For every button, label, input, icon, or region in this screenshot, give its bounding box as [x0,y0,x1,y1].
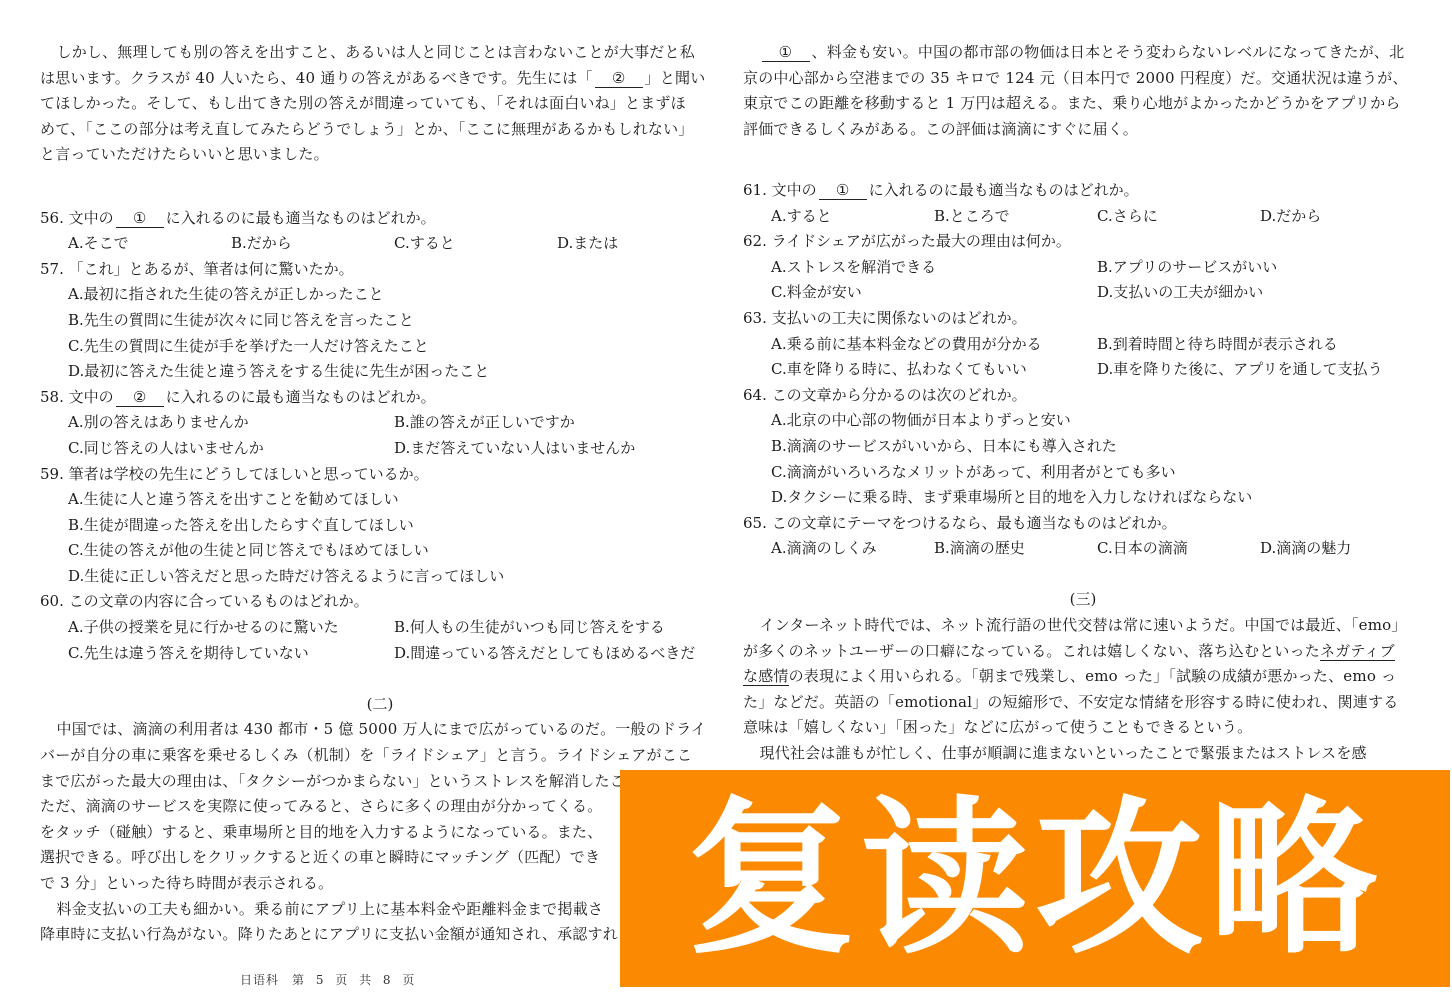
left-page: しかし、無理しても別の答えを出すこと、あるいは人と同じことは言わないことが大事だ… [40,40,720,948]
question-stem: 63. 支払いの工夫に関係ないのはどれか。 [743,306,1423,332]
section-2-paragraph-1: 中国では、滴滴の利用者は 430 都市・5 億 5000 万人にまで広がっている… [40,717,720,896]
question-63: 63. 支払いの工夫に関係ないのはどれか。 A.乗る前に基本料金などの費用が分か… [743,306,1423,383]
option-c[interactable]: C.さらに [1097,204,1260,230]
options-row: B.生徒が間違った答えを出したらすぐ直してほしい [40,513,720,539]
stem-pre: 58. 文中の [40,388,114,406]
text-line: めて、「ここの部分は考え直してみたらどうでしょう」とか、「ここに無理があるかもし… [40,117,720,143]
text-line: で 3 分」といった待ち時間が表示される。 [40,871,720,897]
option-c[interactable]: C.同じ答えの人はいませんか [68,436,394,462]
section-title-2: (二) [40,692,720,718]
question-61: 61. 文中の①に入れるのに最も適当なものはどれか。 A.すると B.ところで … [743,178,1423,229]
text-line: は思います。クラスが 40 人いたら、40 通りの答えがあるべきです。先生には「… [40,66,720,92]
options-row: A.滴滴のしくみ B.滴滴の歴史 C.日本の滴滴 D.滴滴の魅力 [743,536,1423,562]
text-line: 降車時に支払い行為がない。降りたあとにアプリに支払い金額が通知され、承認すれ [40,922,720,948]
question-stem: 61. 文中の①に入れるのに最も適当なものはどれか。 [743,178,1423,204]
options-row: C.生徒の答えが他の生徒と同じ答えでもほめてほしい [40,538,720,564]
stem-post: に入れるのに最も適当なものはどれか。 [166,209,436,227]
options-row: A.ストレスを解消できる B.アプリのサービスがいい [743,255,1423,281]
options-row: C.先生は違う答えを期待していない D.間違っている答えだとしてもほめるべきだ [40,641,720,667]
blank-2: ② [595,69,643,88]
options-row: A.すると B.ところで C.さらに D.だから [743,204,1423,230]
question-stem: 62. ライドシェアが広がった最大の理由は何か。 [743,229,1423,255]
blank-2: ② [116,388,164,407]
watermark-text: 复读攻略 [687,795,1383,963]
option-d[interactable]: D.支払いの工夫が細かい [1097,280,1423,306]
text-line: 料金支払いの工夫も細かい。乗る前にアプリ上に基本料金や距離料金まで掲載さ [40,897,720,923]
blank-1: ① [116,209,164,228]
option-b[interactable]: B.ところで [934,204,1097,230]
options-row: C.料金が安い D.支払いの工夫が細かい [743,280,1423,306]
question-stem: 64. この文章から分かるのは次のどれか。 [743,383,1423,409]
question-58: 58. 文中の②に入れるのに最も適当なものはどれか。 A.別の答えはありませんか… [40,385,720,462]
option-b[interactable]: B.先生の質問に生徒が次々に同じ答えを言ったこと [68,308,708,334]
text-line: 東京でこの距離を移動すると 1 万円は超える。また、乗り心地がよかったかどうかを… [743,91,1423,117]
question-62: 62. ライドシェアが広がった最大の理由は何か。 A.ストレスを解消できる B.… [743,229,1423,306]
text-line: な感情の表現によく用いられる。「朝まで残業し、emo った」「試験の成績が悪かっ… [743,664,1423,690]
text-line: と言っていただけたらいいと思いました。 [40,142,720,168]
option-c[interactable]: C.車を降りる時に、払わなくてもいい [771,357,1097,383]
stem-post: に入れるのに最も適当なものはどれか。 [869,181,1139,199]
text-segment: が多くのネットユーザーの口癖になっている。これは嬉しくない、落ち込むといった [743,642,1320,660]
options-row: A.子供の授業を見に行かせるのに驚いた B.何人もの生徒がいつも同じ答えをする [40,615,720,641]
text-line: た」などだ。英語の「emotional」の短縮形で、不安定な情緒を形容する時に使… [743,690,1423,716]
option-b[interactable]: B.滴滴のサービスがいいから、日本にも導入された [771,434,1411,460]
option-b[interactable]: B.アプリのサービスがいい [1097,255,1423,281]
option-d[interactable]: D.車を降りた後に、アプリを通して支払う [1097,357,1423,383]
text-line: 意味は「嬉しくない」「困った」などに広がって使うこともできるという。 [743,715,1423,741]
right-page: ①、料金も安い。中国の都市部の物価は日本とそう変わらないレベルになってきたが、北… [743,40,1423,792]
page-footer: 日语科 第 5 页 共 8 页 [240,971,415,988]
section-title-3: (三) [743,587,1423,613]
question-stem: 59. 筆者は学校の先生にどうしてほしいと思っているか。 [40,462,720,488]
options-row: D.タクシーに乗る時、まず乗車場所と目的地を入力しなければならない [743,485,1423,511]
option-b[interactable]: B.何人もの生徒がいつも同じ答えをする [394,615,720,641]
question-65: 65. この文章にテーマをつけるなら、最も適当なものはどれか。 A.滴滴のしくみ… [743,511,1423,562]
option-a[interactable]: A.別の答えはありませんか [68,410,394,436]
intro-paragraph-left: しかし、無理しても別の答えを出すこと、あるいは人と同じことは言わないことが大事だ… [40,40,720,168]
options-row: A.乗る前に基本料金などの費用が分かる B.到着時間と待ち時間が表示される [743,332,1423,358]
text-line: インターネット時代では、ネット流行語の世代交替は常に速いようだ。中国では最近、「… [743,613,1423,639]
question-stem: 57. 「これ」とあるが、筆者は何に驚いたか。 [40,257,720,283]
question-56: 56. 文中の①に入れるのに最も適当なものはどれか。 A.そこで B.だから C… [40,206,720,257]
option-b[interactable]: B.誰の答えが正しいですか [394,410,720,436]
option-a[interactable]: A.そこで [68,231,231,257]
option-d[interactable]: D.まだ答えていない人はいませんか [394,436,720,462]
option-b[interactable]: B.到着時間と待ち時間が表示される [1097,332,1423,358]
question-59: 59. 筆者は学校の先生にどうしてほしいと思っているか。 A.生徒に人と違う答え… [40,462,720,590]
text-line: てほしかった。そして、もし出てきた別の答えが間違っていても、「それは面白いね」と… [40,91,720,117]
text-line: 評価できるしくみがある。この評価は滴滴にすぐに届く。 [743,117,1423,143]
question-60: 60. この文章の内容に合っているものはどれか。 A.子供の授業を見に行かせるの… [40,589,720,666]
options-row: D.最初に答えた生徒と違う答えをする生徒に先生が困ったこと [40,359,720,385]
underlined-phrase: ネガティブ [1320,642,1395,661]
option-d[interactable]: D.だから [1260,204,1423,230]
option-d[interactable]: D.間違っている答えだとしてもほめるべきだ [394,641,720,667]
option-c[interactable]: C.料金が安い [771,280,1097,306]
option-d[interactable]: D.最初に答えた生徒と違う答えをする生徒に先生が困ったこと [68,359,708,385]
question-57: 57. 「これ」とあるが、筆者は何に驚いたか。 A.最初に指された生徒の答えが正… [40,257,720,385]
options-row: C.車を降りる時に、払わなくてもいい D.車を降りた後に、アプリを通して支払う [743,357,1423,383]
option-a[interactable]: A.最初に指された生徒の答えが正しかったこと [68,282,708,308]
option-a[interactable]: A.ストレスを解消できる [771,255,1097,281]
option-a[interactable]: A.乗る前に基本料金などの費用が分かる [771,332,1097,358]
text-line: 京の中心部から空港までの 35 キロで 124 元（日本円で 2000 円程度）… [743,66,1423,92]
blank-1: ① [819,181,867,200]
stem-pre: 56. 文中の [40,209,114,227]
text-line: バーが自分の車に乗客を乗せるしくみ（机制）を「ライドシェア」と言う。ライドシェア… [40,743,720,769]
blank-1: ① [762,43,810,62]
text-line: をタッチ（碰触）すると、乗車場所と目的地を入力するようになっている。また、 [40,820,720,846]
option-d[interactable]: D.生徒に正しい答えだと思った時だけ答えるように言ってほしい [68,564,708,590]
option-d[interactable]: D.滴滴の魅力 [1260,536,1423,562]
question-stem: 60. この文章の内容に合っているものはどれか。 [40,589,720,615]
options-row: A.生徒に人と違う答えを出すことを勧めてほしい [40,487,720,513]
text-segment: は思います。クラスが 40 人いたら、40 通りの答えがあるべきです。先生には「 [40,69,593,87]
option-a[interactable]: A.北京の中心部の物価が日本よりずっと安い [771,408,1411,434]
options-row: A.最初に指された生徒の答えが正しかったこと [40,282,720,308]
question-stem: 65. この文章にテーマをつけるなら、最も適当なものはどれか。 [743,511,1423,537]
text-line: 現代社会は誰もが忙しく、仕事が順調に進まないといったことで緊張またはストレスを感 [743,741,1423,767]
text-line: が多くのネットユーザーの口癖になっている。これは嬉しくない、落ち込むといったネガ… [743,639,1423,665]
option-c[interactable]: C.先生の質問に生徒が手を挙げた一人だけ答えたこと [68,334,708,360]
stem-pre: 61. 文中の [743,181,817,199]
option-a[interactable]: A.子供の授業を見に行かせるのに驚いた [68,615,394,641]
text-line: ただ、滴滴のサービスを実際に使ってみると、さらに多くの理由が分かってくる。 [40,794,720,820]
intro-paragraph-right: ①、料金も安い。中国の都市部の物価は日本とそう変わらないレベルになってきたが、北… [743,40,1423,142]
options-row: C.同じ答えの人はいませんか D.まだ答えていない人はいませんか [40,436,720,462]
option-b[interactable]: B.滴滴の歴史 [934,536,1097,562]
option-a[interactable]: A.生徒に人と違う答えを出すことを勧めてほしい [68,487,708,513]
watermark-banner: 复读攻略 [620,770,1450,987]
options-row: A.北京の中心部の物価が日本よりずっと安い [743,408,1423,434]
options-row: C.滴滴がいろいろなメリットがあって、利用者がとても多い [743,460,1423,486]
options-row: B.滴滴のサービスがいいから、日本にも導入された [743,434,1423,460]
option-b[interactable]: B.生徒が間違った答えを出したらすぐ直してほしい [68,513,708,539]
option-c[interactable]: C.滴滴がいろいろなメリットがあって、利用者がとても多い [771,460,1411,486]
options-row: C.先生の質問に生徒が手を挙げた一人だけ答えたこと [40,334,720,360]
text-line: まで広がった最大の理由は、「タクシーがつかまらない」というストレスを解消したこと… [40,769,720,795]
text-line: 選択できる。呼び出しをクリックすると近くの車と瞬時にマッチング（匹配）でき [40,845,720,871]
text-segment: 」と聞い [645,69,706,87]
stem-post: に入れるのに最も適当なものはどれか。 [166,388,436,406]
options-row: D.生徒に正しい答えだと思った時だけ答えるように言ってほしい [40,564,720,590]
option-c[interactable]: C.すると [394,231,557,257]
option-d[interactable]: D.タクシーに乗る時、まず乗車場所と目的地を入力しなければならない [771,485,1411,511]
option-a[interactable]: A.すると [771,204,934,230]
text-line: ①、料金も安い。中国の都市部の物価は日本とそう変わらないレベルになってきたが、北 [743,40,1423,66]
question-stem: 56. 文中の①に入れるのに最も適当なものはどれか。 [40,206,720,232]
underlined-phrase: な感情 [743,667,789,686]
option-a[interactable]: A.滴滴のしくみ [771,536,934,562]
option-c[interactable]: C.日本の滴滴 [1097,536,1260,562]
option-b[interactable]: B.だから [231,231,394,257]
options-row: A.そこで B.だから C.すると D.または [40,231,720,257]
text-segment: 、料金も安い。中国の都市部の物価は日本とそう変わらないレベルになってきたが、北 [812,43,1405,61]
option-c[interactable]: C.生徒の答えが他の生徒と同じ答えでもほめてほしい [68,538,708,564]
text-segment: の表現によく用いられる。「朝まで残業し、emo った」「試験の成績が悪かった、e… [789,667,1397,685]
question-64: 64. この文章から分かるのは次のどれか。 A.北京の中心部の物価が日本よりずっ… [743,383,1423,511]
options-row: B.先生の質問に生徒が次々に同じ答えを言ったこと [40,308,720,334]
text-line: しかし、無理しても別の答えを出すこと、あるいは人と同じことは言わないことが大事だ… [40,40,720,66]
option-d[interactable]: D.または [557,231,720,257]
options-row: A.別の答えはありませんか B.誰の答えが正しいですか [40,410,720,436]
text-line: 中国では、滴滴の利用者は 430 都市・5 億 5000 万人にまで広がっている… [40,717,720,743]
section-3-paragraph-1: インターネット時代では、ネット流行語の世代交替は常に速いようだ。中国では最近、「… [743,613,1423,741]
section-2-paragraph-2: 料金支払いの工夫も細かい。乗る前にアプリ上に基本料金や距離料金まで掲載さ 降車時… [40,897,720,948]
question-stem: 58. 文中の②に入れるのに最も適当なものはどれか。 [40,385,720,411]
option-c[interactable]: C.先生は違う答えを期待していない [68,641,394,667]
